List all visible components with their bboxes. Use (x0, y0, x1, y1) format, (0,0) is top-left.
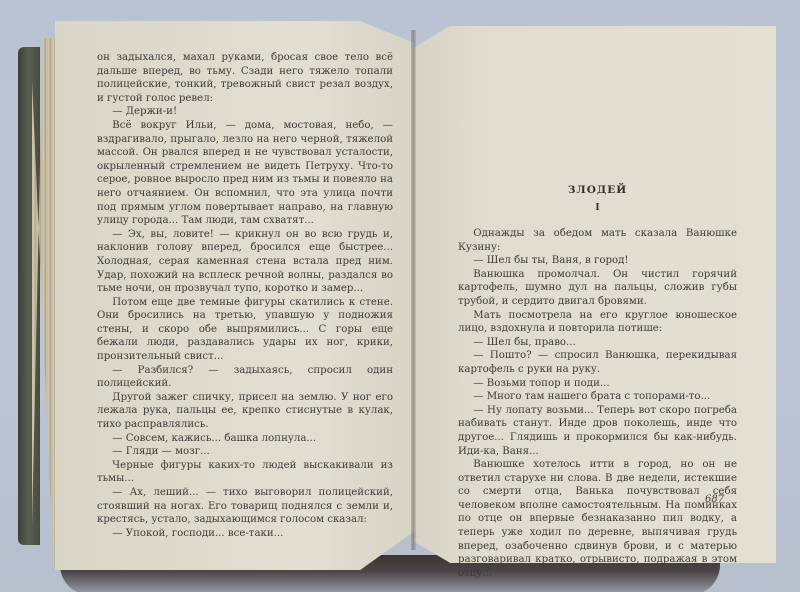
paragraph: Всё вокруг Ильи, — дома, мостовая, небо,… (97, 119, 393, 228)
right-page-text: Однажды за обедом мать сказала Ванюшке К… (458, 227, 737, 580)
paragraph: Однажды за обедом мать сказала Ванюшке К… (458, 227, 737, 254)
paragraph: — Держи-и! (97, 105, 393, 119)
paragraph: — Совсем, кажись... башка лопнула... (97, 432, 393, 446)
paragraph: — Ну лопату возьми... Теперь вот скоро п… (458, 404, 737, 458)
paragraph: — Много там нашего брата с топорами-то..… (458, 390, 737, 404)
paragraph: — Шел бы ты, Ваня, в город! (458, 254, 737, 268)
paragraph: Другой зажег спичку, присел на землю. У … (97, 391, 393, 432)
paragraph: — Возьми топор и поди... (458, 377, 737, 391)
paragraph: — Эх, вы, ловите! — крикнул он во всю гр… (97, 228, 393, 296)
paragraph: Черные фигуры каких-то людей выскакивали… (97, 459, 393, 486)
chapter-title: ЗЛОДЕЙ (458, 184, 737, 196)
paragraph: Мать посмотрела на его круглое юношеское… (458, 309, 737, 336)
page-number: 687 (705, 494, 724, 505)
paragraph: — Упокой, господи... все-таки... (97, 527, 393, 541)
chapter-number: I (458, 203, 737, 213)
left-page-text: он задыхался, махал руками, бросая свое … (97, 51, 393, 540)
paragraph: — Разбился? — задыхаясь, спросил один по… (97, 364, 393, 391)
paragraph: Ванюшка промолчал. Он чистил горячий кар… (458, 268, 737, 309)
paragraph: Ванюшке хотелось итти в город, но он не … (458, 458, 737, 580)
book-gutter (411, 30, 416, 550)
paragraph: он задыхался, махал руками, бросая свое … (97, 51, 393, 105)
paragraph: — Гляди — мозг... (97, 445, 393, 459)
paragraph: Потом еще две темные фигуры скатились к … (97, 296, 393, 364)
paragraph: — Ах, леший... — тихо выговорил полицейс… (97, 486, 393, 527)
paragraph: — Шел бы, право... (458, 336, 737, 350)
paragraph: — Пошто? — спросил Ванюшка, перекидывая … (458, 349, 737, 376)
